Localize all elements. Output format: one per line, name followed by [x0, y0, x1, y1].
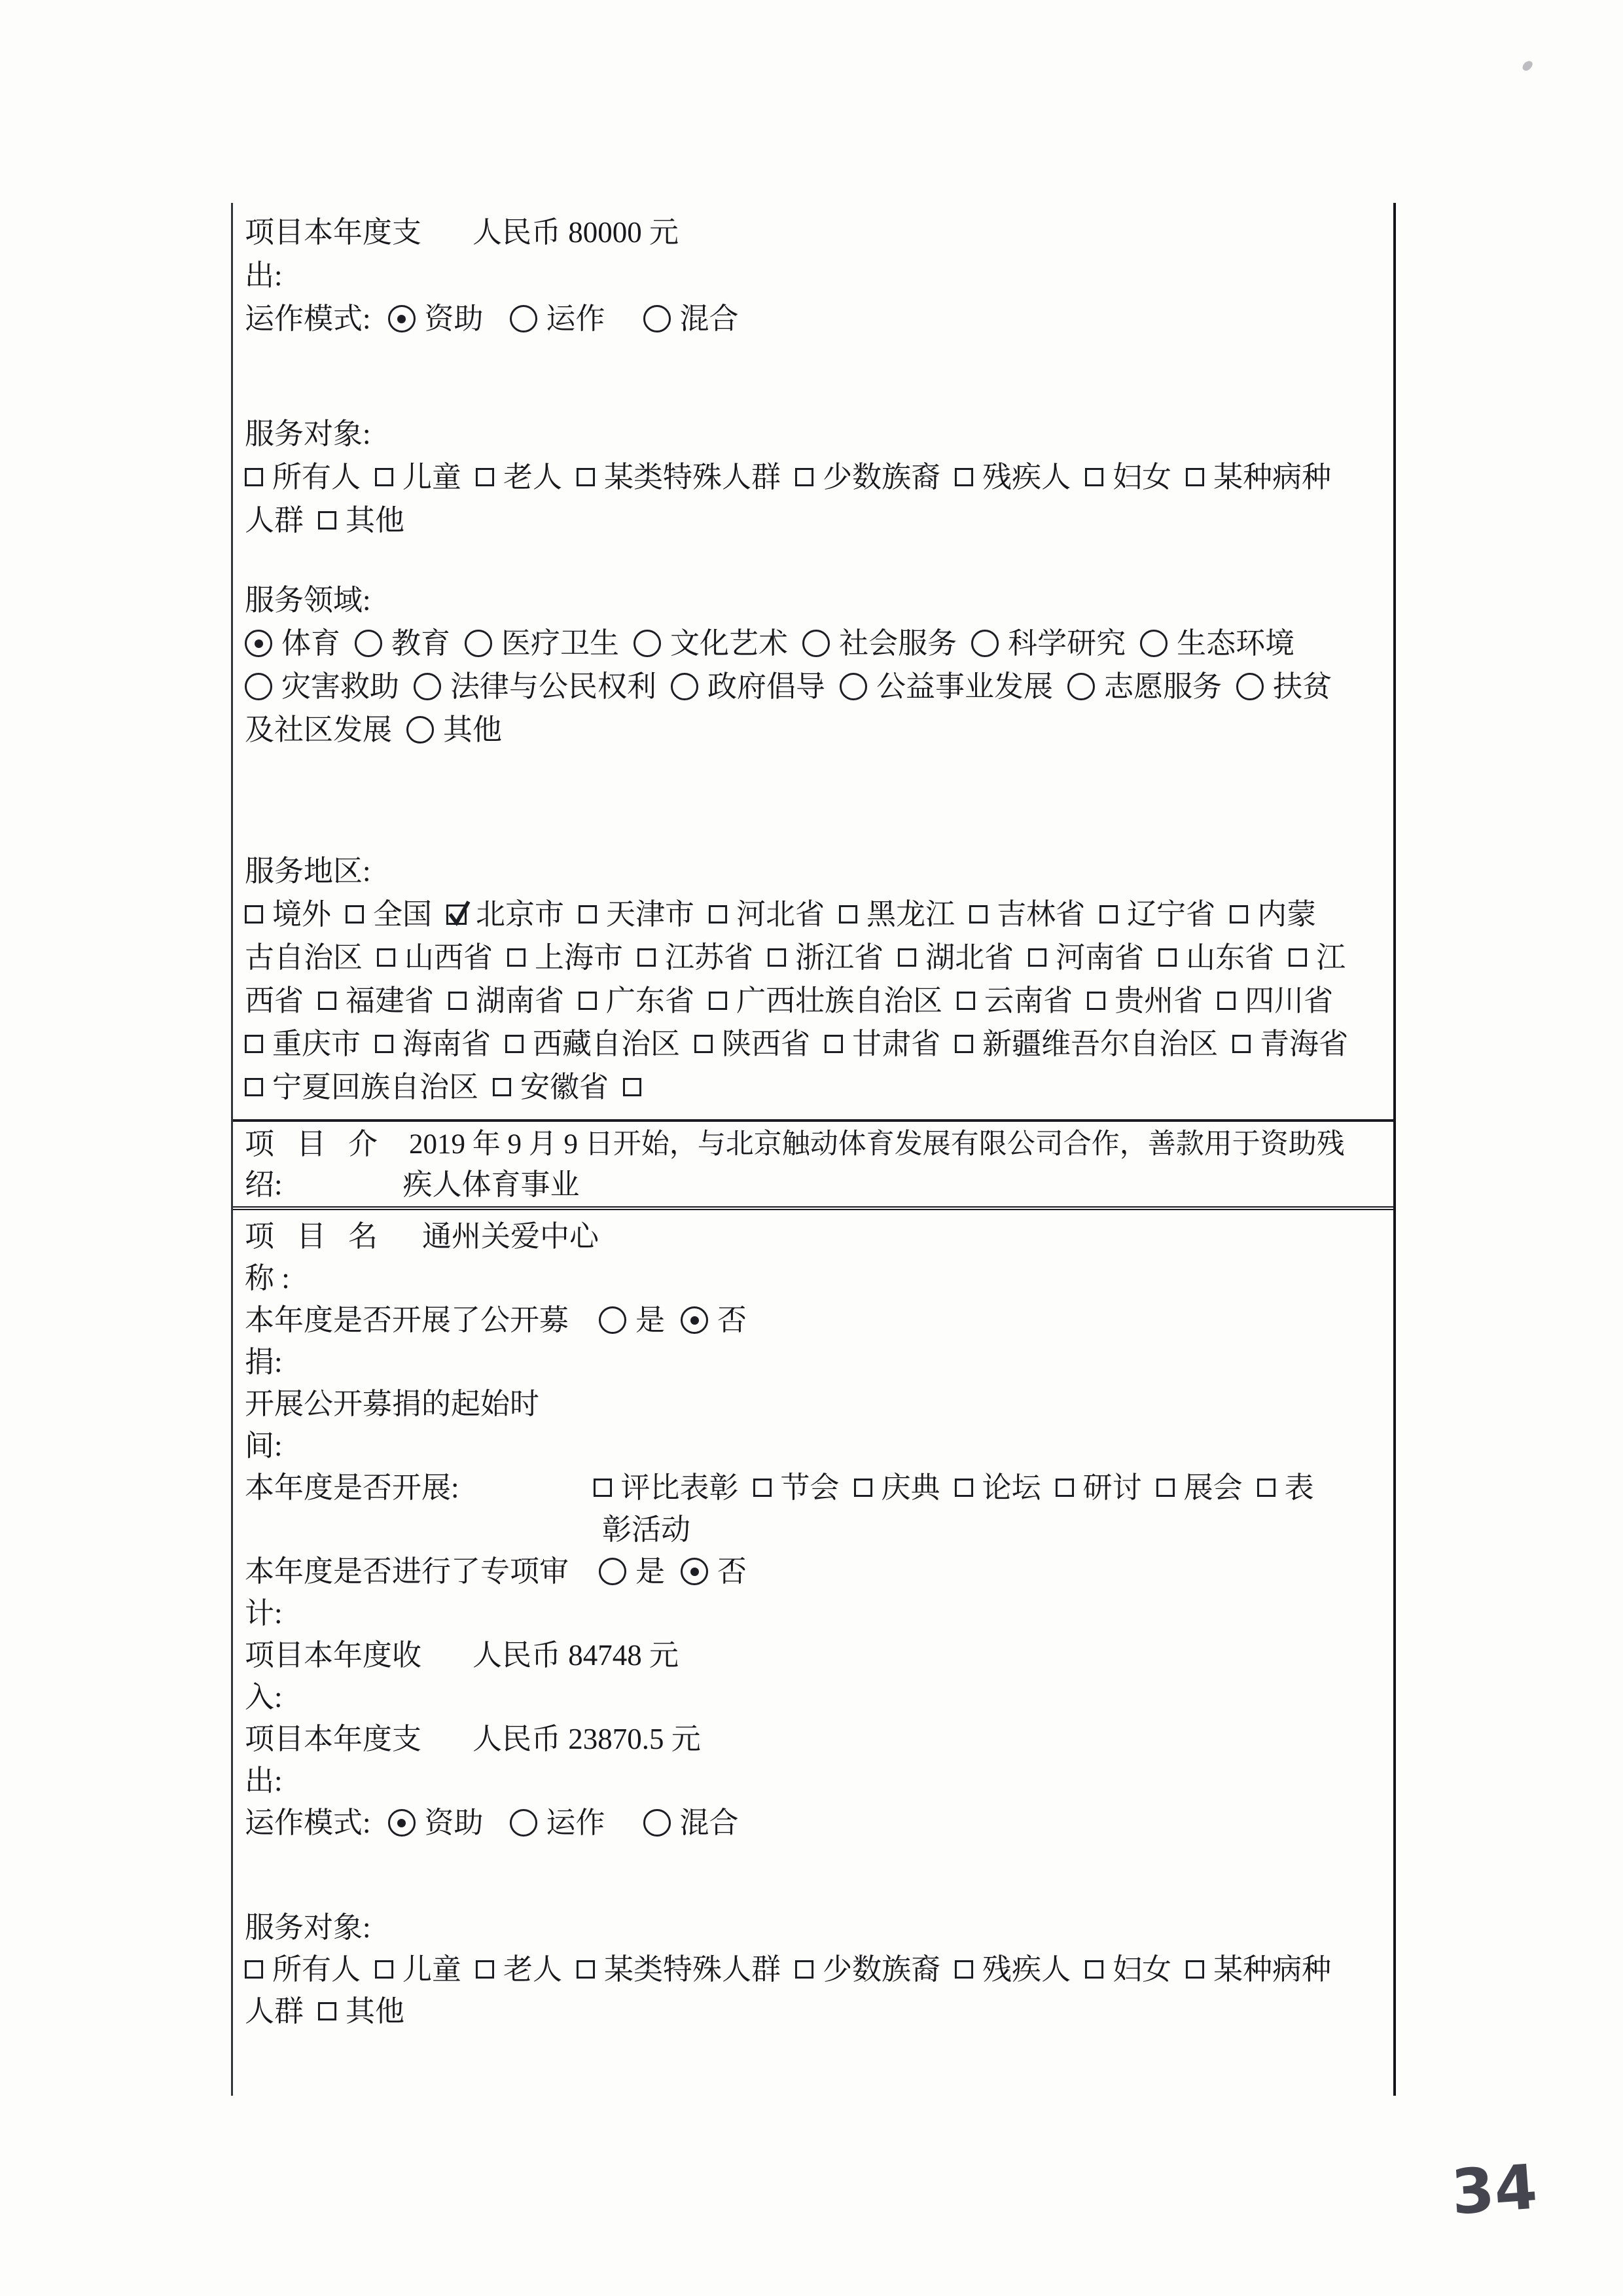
- option-label: 江苏省: [665, 943, 753, 973]
- field-label: 项目本年度支: [245, 1725, 421, 1754]
- checkbox-icon: [1056, 1479, 1074, 1497]
- radio-icon: [510, 305, 537, 332]
- checkbox-icon: [1257, 1479, 1275, 1497]
- checkbox-icon: [346, 905, 364, 924]
- form-line: 项目介2019 年 9 月 9 日开始，与北京触动体育发展有限公司合作，善款用于…: [245, 1124, 1376, 1164]
- checkbox-icon: [955, 1035, 973, 1053]
- form-line: 运作模式:资助运作混合: [245, 297, 1376, 340]
- field-label: 服务地区:: [245, 857, 371, 886]
- checkbox-icon: [245, 1035, 263, 1053]
- form-line: 入:: [245, 1676, 1376, 1718]
- option-label: 天津市: [606, 900, 694, 929]
- option-label: 所有人: [272, 463, 361, 492]
- form-line: 项目本年度支人民币 80000 元: [245, 211, 1376, 254]
- option-label: 展会: [1184, 1473, 1243, 1503]
- option-label: 其他: [346, 506, 404, 535]
- option-label: 贵州省: [1115, 986, 1203, 1016]
- radio-icon: [1140, 630, 1168, 657]
- field-label: 开展公开募捐的起始时: [245, 1390, 539, 1419]
- checkbox-icon: [448, 992, 467, 1010]
- form-line: 灾害救助法律与公民权利政府倡导公益事业发展志愿服务扶贫: [245, 665, 1376, 708]
- form-line: 项目本年度收人民币 84748 元: [245, 1634, 1376, 1676]
- option-label: 残疾人: [982, 1955, 1071, 1984]
- option-label: 评比表彰: [621, 1473, 739, 1503]
- option-label: 西省: [245, 986, 304, 1016]
- option-label: 表: [1285, 1473, 1314, 1503]
- option-label: 北京市: [476, 900, 564, 929]
- option-label: 儿童: [402, 463, 461, 492]
- checkbox-icon: [579, 905, 597, 924]
- option-label: 河北省: [736, 900, 825, 929]
- radio-icon: [245, 673, 272, 700]
- radio-icon: [510, 1809, 537, 1837]
- field-label: 项目介: [245, 1130, 400, 1159]
- option-label: 残疾人: [982, 463, 1071, 492]
- form-line: 体育教育医疗卫生文化艺术社会服务科学研究生态环境: [245, 622, 1376, 665]
- option-label: 医疗卫生: [501, 629, 619, 658]
- checkbox-icon: [245, 468, 263, 486]
- checkbox-icon: [1232, 1035, 1251, 1053]
- option-label: 宁夏回族自治区: [272, 1073, 478, 1102]
- form-line: 运作模式:资助运作混合: [245, 1802, 1376, 1844]
- option-label: 儿童: [402, 1955, 461, 1984]
- option-label: 其他: [346, 1997, 404, 2026]
- checkbox-icon: [245, 1078, 263, 1096]
- option-label: 庆典: [882, 1473, 940, 1503]
- form-line: 重庆市海南省西藏自治区陕西省甘肃省新疆维吾尔自治区青海省: [245, 1022, 1376, 1066]
- checkbox-icon: [579, 992, 597, 1010]
- radio-icon: [1236, 673, 1264, 700]
- checkbox-icon: [768, 948, 786, 967]
- radio-icon: [414, 673, 441, 700]
- checkbox-icon: [623, 1078, 641, 1096]
- checkbox-icon: [969, 905, 988, 924]
- option-label: 福建省: [346, 986, 434, 1016]
- field-value: 人民币 84748 元: [473, 1641, 679, 1670]
- checkbox-icon: [1156, 1479, 1175, 1497]
- option-label: 资助: [425, 304, 484, 334]
- blank-space: [245, 751, 1376, 850]
- radio-icon: [643, 305, 671, 332]
- checkbox-icon: [955, 1960, 973, 1979]
- form-line: 人群其他: [245, 1990, 1376, 2032]
- option-label: 是: [635, 1306, 665, 1335]
- option-label: 研讨: [1083, 1473, 1142, 1503]
- radio-icon: [802, 630, 830, 657]
- checkbox-icon: [245, 905, 263, 924]
- checkbox-icon: [577, 1960, 595, 1979]
- section-project-intro-row: 项目介2019 年 9 月 9 日开始，与北京触动体育发展有限公司合作，善款用于…: [233, 1122, 1393, 1210]
- checkbox-icon: [375, 1960, 393, 1979]
- option-label: 志愿服务: [1104, 672, 1222, 702]
- field-label: 计:: [245, 1599, 283, 1628]
- blank-space: [245, 340, 1376, 412]
- selected-radio-icon: [681, 1558, 708, 1585]
- option-label: 重庆市: [272, 1030, 361, 1059]
- field-label: 项目本年度收: [245, 1641, 421, 1670]
- selected-radio-icon: [388, 1809, 416, 1837]
- checkbox-icon: [505, 1035, 524, 1053]
- checkbox-icon: [1186, 468, 1204, 486]
- option-label: 扶贫: [1273, 672, 1332, 702]
- checkbox-icon: [375, 468, 393, 486]
- option-label: 某种病种: [1213, 463, 1331, 492]
- radio-icon: [599, 1558, 626, 1585]
- checkbox-icon: [1028, 948, 1046, 967]
- option-label: 云南省: [984, 986, 1073, 1016]
- checkbox-icon: [1085, 1960, 1103, 1979]
- checkbox-icon: [594, 1479, 612, 1497]
- option-label: 海南省: [402, 1030, 491, 1059]
- option-label: 上海市: [535, 943, 623, 973]
- option-label: 吉林省: [997, 900, 1085, 929]
- option-label: 少数族裔: [823, 463, 940, 492]
- option-label: 及社区发展: [245, 715, 392, 745]
- form-line: 人群其他: [245, 499, 1376, 542]
- field-label: 服务对象:: [245, 420, 371, 449]
- option-label: 湖南省: [476, 986, 564, 1016]
- form-line: 本年度是否开展了公开募是否: [245, 1299, 1376, 1341]
- radio-icon: [643, 1809, 671, 1837]
- option-label: 否: [717, 1306, 747, 1335]
- checkbox-icon: [1158, 948, 1177, 967]
- option-label: 山西省: [404, 943, 493, 973]
- checkbox-icon: [577, 468, 595, 486]
- form-line: 本年度是否进行了专项审是否: [245, 1551, 1376, 1592]
- checkbox-icon: [709, 905, 727, 924]
- form-line: 古自治区山西省上海市江苏省浙江省湖北省河南省山东省江: [245, 936, 1376, 979]
- form-line: 彰活动: [245, 1509, 1376, 1551]
- option-label: 妇女: [1113, 1955, 1171, 1984]
- option-label: 节会: [781, 1473, 840, 1503]
- field-value: 通州关爱中心: [422, 1222, 599, 1251]
- option-label: 混合: [680, 1808, 739, 1838]
- field-label: 绍:: [245, 1170, 283, 1200]
- checkbox-icon: [476, 1960, 494, 1979]
- checkbox-icon: [507, 948, 526, 967]
- field-label: 本年度是否开展了公开募: [245, 1306, 569, 1335]
- option-label: 所有人: [272, 1955, 361, 1984]
- checkbox-icon: [375, 1035, 393, 1053]
- checkbox-icon: [854, 1479, 872, 1497]
- checkbox-icon: [839, 905, 857, 924]
- checkbox-icon: [955, 1479, 973, 1497]
- checkbox-icon: [1289, 948, 1307, 967]
- checkbox-icon: [1186, 1960, 1204, 1979]
- radio-icon: [1067, 673, 1095, 700]
- option-label: 运作: [546, 304, 605, 334]
- option-label: 体育: [281, 629, 340, 658]
- option-label: 科学研究: [1008, 629, 1126, 658]
- section-project-record: 项目名通州关爱中心称 :本年度是否开展了公开募是否捐:开展公开募捐的起始时间:本…: [233, 1210, 1393, 2092]
- selected-radio-icon: [388, 305, 416, 332]
- field-label: 服务对象:: [245, 1913, 371, 1943]
- option-label: 人群: [245, 506, 304, 535]
- radio-icon: [971, 630, 999, 657]
- field-label: 间:: [245, 1431, 283, 1461]
- option-label: 生态环境: [1177, 629, 1294, 658]
- handwritten-page-number: 34: [1449, 2152, 1539, 2229]
- form-line: 服务对象:: [245, 412, 1376, 456]
- option-label: 人群: [245, 1997, 304, 2026]
- field-label: 称 :: [245, 1264, 290, 1293]
- form-line: 及社区发展其他: [245, 708, 1376, 751]
- option-label: 河南省: [1056, 943, 1144, 973]
- form-line: 宁夏回族自治区安徽省: [245, 1066, 1376, 1109]
- field-label: 项目本年度支: [245, 218, 421, 247]
- checked-checkbox-icon: [446, 905, 467, 925]
- field-label: 出:: [245, 1767, 283, 1796]
- checkbox-icon: [825, 1035, 843, 1053]
- radio-icon: [840, 673, 867, 700]
- option-label: 法律与公民权利: [450, 672, 656, 702]
- checkbox-icon: [493, 1078, 511, 1096]
- form-line: 称 :: [245, 1257, 1376, 1299]
- option-label: 少数族裔: [823, 1955, 940, 1984]
- annual-report-table: 项目本年度支人民币 80000 元出:运作模式:资助运作混合服务对象:所有人儿童…: [231, 203, 1396, 2096]
- form-line: 境外全国北京市天津市河北省黑龙江吉林省辽宁省内蒙: [245, 893, 1376, 936]
- checkbox-icon: [957, 992, 975, 1010]
- radio-icon: [406, 716, 434, 744]
- option-label: 文化艺术: [670, 629, 788, 658]
- option-label: 新疆维吾尔自治区: [982, 1030, 1218, 1059]
- option-label: 某类特殊人群: [604, 463, 781, 492]
- option-label: 青海省: [1260, 1030, 1348, 1059]
- selected-radio-icon: [245, 630, 272, 657]
- blank-space: [245, 1844, 1376, 1907]
- checkbox-icon: [709, 992, 727, 1010]
- radio-icon: [355, 630, 382, 657]
- field-label: 入:: [245, 1683, 283, 1712]
- form-line: 服务领域:: [245, 579, 1376, 622]
- checkbox-icon: [795, 1960, 813, 1979]
- selected-radio-icon: [681, 1306, 708, 1334]
- field-value: 人民币 80000 元: [473, 218, 679, 247]
- option-label: 老人: [503, 1955, 562, 1984]
- option-label: 黑龙江: [866, 900, 955, 929]
- checkbox-icon: [637, 948, 656, 967]
- checkbox-icon: [694, 1035, 713, 1053]
- checkbox-icon: [1085, 468, 1103, 486]
- form-line: 本年度是否开展:评比表彰节会庆典论坛研讨展会表: [245, 1467, 1376, 1509]
- option-label: 内蒙: [1257, 900, 1316, 929]
- option-label: 运作: [546, 1808, 605, 1838]
- option-label: 教育: [391, 629, 450, 658]
- option-label: 广东省: [606, 986, 694, 1016]
- form-line: 间:: [245, 1425, 1376, 1467]
- radio-icon: [465, 630, 492, 657]
- checkbox-icon: [1099, 905, 1118, 924]
- form-line: 出:: [245, 254, 1376, 297]
- checkbox-icon: [476, 468, 494, 486]
- option-label: 混合: [680, 304, 739, 334]
- option-label: 政府倡导: [707, 672, 825, 702]
- field-label: 本年度是否开展:: [245, 1473, 459, 1503]
- option-label: 山东省: [1186, 943, 1274, 973]
- option-label: 是: [635, 1557, 665, 1587]
- scanned-form-page: 项目本年度支人民币 80000 元出:运作模式:资助运作混合服务对象:所有人儿童…: [0, 0, 1623, 2296]
- checkbox-icon: [955, 468, 973, 486]
- checkbox-icon: [1230, 905, 1248, 924]
- field-label: 运作模式:: [245, 1808, 371, 1838]
- field-label: 运作模式:: [245, 304, 371, 334]
- form-line: 所有人儿童老人某类特殊人群少数族裔残疾人妇女某种病种: [245, 456, 1376, 499]
- option-label: 其他: [443, 715, 502, 745]
- field-label: 服务领域:: [245, 586, 371, 615]
- form-line: 捐:: [245, 1341, 1376, 1383]
- option-label: 四川省: [1245, 986, 1333, 1016]
- form-line: 绍:疾人体育事业: [245, 1164, 1376, 1205]
- option-label: 彰活动: [602, 1515, 690, 1545]
- option-label: 某种病种: [1213, 1955, 1331, 1984]
- form-line: 项目本年度支人民币 23870.5 元: [245, 1718, 1376, 1760]
- checkbox-icon: [1217, 992, 1236, 1010]
- checkbox-icon: [318, 2002, 336, 2020]
- option-label: 公益事业发展: [876, 672, 1053, 702]
- option-label: 资助: [425, 1808, 484, 1838]
- option-label: 浙江省: [795, 943, 883, 973]
- checkbox-icon: [1087, 992, 1105, 1010]
- checkbox-icon: [753, 1479, 772, 1497]
- form-line: 服务对象:: [245, 1907, 1376, 1948]
- checkbox-icon: [318, 992, 336, 1010]
- option-label: 否: [717, 1557, 747, 1587]
- field-value: 人民币 23870.5 元: [473, 1725, 701, 1754]
- option-label: 境外: [272, 900, 331, 929]
- form-line: 出:: [245, 1760, 1376, 1802]
- checkbox-icon: [898, 948, 916, 967]
- checkbox-icon: [795, 468, 813, 486]
- checkbox-icon: [245, 1960, 263, 1979]
- radio-icon: [671, 673, 698, 700]
- checkbox-icon: [377, 948, 395, 967]
- option-label: 广西壮族自治区: [736, 986, 942, 1016]
- option-label: 辽宁省: [1127, 900, 1215, 929]
- option-label: 妇女: [1113, 463, 1171, 492]
- form-line: 所有人儿童老人某类特殊人群少数族裔残疾人妇女某种病种: [245, 1948, 1376, 1990]
- form-line: 服务地区:: [245, 850, 1376, 893]
- field-value: 疾人体育事业: [403, 1170, 580, 1200]
- scan-artifact-speck: [1521, 59, 1534, 73]
- field-label: 出:: [245, 261, 283, 291]
- form-line: 西省福建省湖南省广东省广西壮族自治区云南省贵州省四川省: [245, 979, 1376, 1022]
- option-label: 全国: [373, 900, 432, 929]
- checkbox-icon: [318, 511, 336, 529]
- option-label: 某类特殊人群: [604, 1955, 781, 1984]
- field-label: 项目名: [245, 1222, 400, 1251]
- option-label: 甘肃省: [852, 1030, 940, 1059]
- form-line: 开展公开募捐的起始时: [245, 1383, 1376, 1425]
- option-label: 灾害救助: [281, 672, 399, 702]
- blank-space: [245, 542, 1376, 579]
- option-label: 论坛: [982, 1473, 1041, 1503]
- field-label: 本年度是否进行了专项审: [245, 1557, 569, 1587]
- option-label: 社会服务: [839, 629, 957, 658]
- radio-icon: [633, 630, 661, 657]
- option-label: 江: [1316, 943, 1346, 973]
- option-label: 湖北省: [925, 943, 1014, 973]
- field-value: 2019 年 9 月 9 日开始，与北京触动体育发展有限公司合作，善款用于资助残: [409, 1130, 1345, 1158]
- form-line: 项目名通州关爱中心: [245, 1215, 1376, 1257]
- option-label: 西藏自治区: [533, 1030, 680, 1059]
- option-label: 安徽省: [520, 1073, 609, 1102]
- radio-icon: [599, 1306, 626, 1334]
- field-label: 捐:: [245, 1348, 283, 1377]
- option-label: 古自治区: [245, 943, 363, 973]
- option-label: 陕西省: [722, 1030, 810, 1059]
- form-line: 计:: [245, 1592, 1376, 1634]
- section-previous-project-tail: 项目本年度支人民币 80000 元出:运作模式:资助运作混合服务对象:所有人儿童…: [233, 203, 1393, 1122]
- option-label: 老人: [503, 463, 562, 492]
